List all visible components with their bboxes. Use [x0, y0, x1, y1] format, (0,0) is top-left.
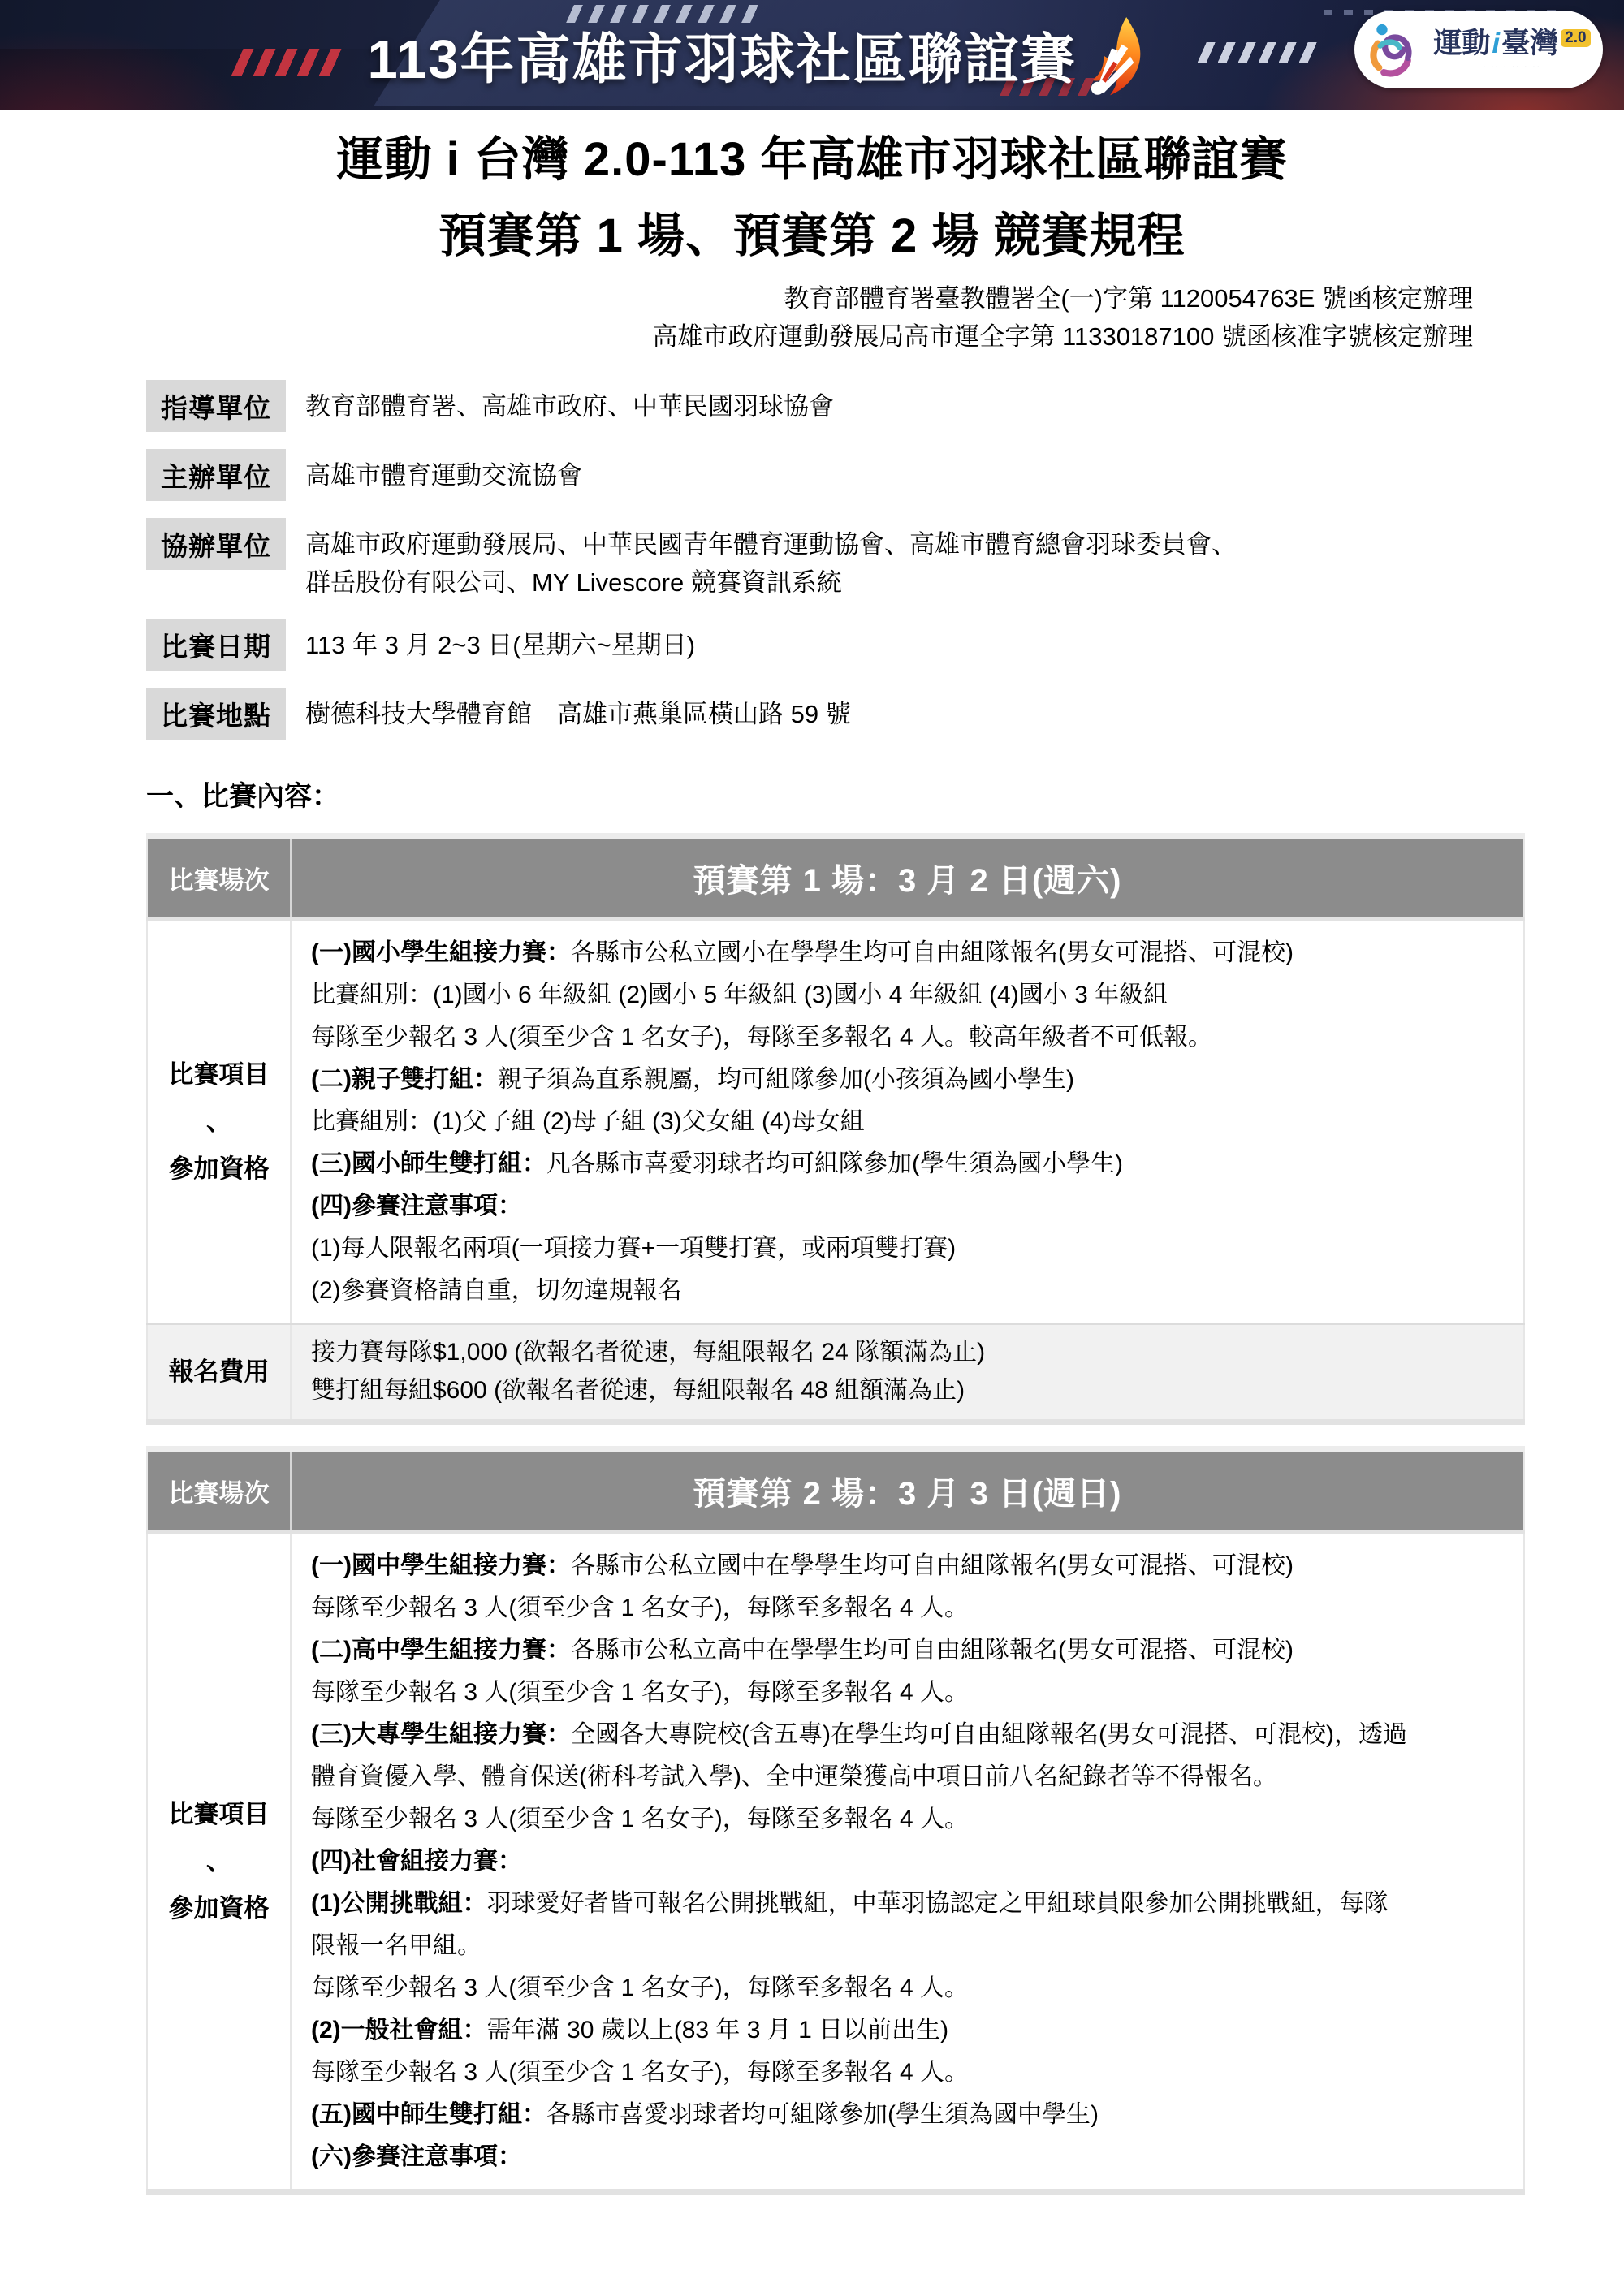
info-row-organizer: 主辦單位 高雄市體育運動交流協會 [146, 449, 1624, 501]
match-2-table: 比賽場次 預賽第 2 場：3 月 3 日(週日) 比賽項目、參加資格 (一)國中… [146, 1446, 1525, 2195]
document-title-line1: 運動 i 台灣 2.0-113 年高雄市羽球社區聯誼賽 [0, 122, 1624, 198]
document-title-line2: 預賽第 1 場、預賽第 2 場 競賽規程 [0, 198, 1624, 274]
document-header: 運動 i 台灣 2.0-113 年高雄市羽球社區聯誼賽 預賽第 1 場、預賽第 … [0, 110, 1624, 356]
match-1-header-col2: 預賽第 1 場：3 月 2 日(週六) [291, 836, 1524, 920]
match-2-events-row: 比賽項目、參加資格 (一)國中學生組接力賽：各縣市公私立國中在學學生均可自由組隊… [147, 1532, 1524, 2192]
logo-tagline-decoration: · ·· · ·· · ·· [1431, 63, 1593, 71]
info-value-organizer: 高雄市體育運動交流協會 [305, 449, 582, 501]
info-section: 指導單位 教育部體育署、高雄市政府、中華民國羽球協會 主辦單位 高雄市體育運動交… [0, 356, 1624, 740]
logo-word-i: i [1490, 28, 1501, 59]
sport-i-taiwan-logo: 運動i臺灣2.0 · ·· · ·· · ·· [1354, 11, 1603, 88]
label-chip-venue: 比賽地點 [146, 688, 286, 740]
flaming-shuttlecock-icon [1086, 14, 1147, 100]
label-chip-organizer: 主辦單位 [146, 449, 286, 501]
banner-title-group: 113年高雄市羽球社區聯誼賽 [0, 0, 1567, 110]
label-chip-coorganizer: 協辦單位 [146, 518, 286, 570]
info-row-guidance: 指導單位 教育部體育署、高雄市政府、中華民國羽球協會 [146, 380, 1624, 432]
banner-title: 113年高雄市羽球社區聯誼賽 [367, 16, 1076, 94]
document-page: 113年高雄市羽球社區聯誼賽 [0, 0, 1624, 2296]
match-2-events-content: (一)國中學生組接力賽：各縣市公私立國中在學學生均可自由組隊報名(男女可混搭、可… [291, 1532, 1524, 2192]
match-1-events-label: 比賽項目、參加資格 [147, 919, 291, 1324]
match-2-events-label: 比賽項目、參加資格 [147, 1532, 291, 2192]
match-1-events-content: (一)國小學生組接力賽：各縣市公私立國小在學學生均可自由組隊報名(男女可混搭、可… [291, 919, 1524, 1324]
info-value-date: 113 年 3 月 2~3 日(星期六~星期日) [305, 619, 695, 671]
logo-text-group: 運動i臺灣2.0 · ·· · ·· · ·· [1431, 28, 1593, 71]
label-chip-guidance: 指導單位 [146, 380, 286, 432]
approval-notes: 教育部體育署臺教體署全(一)字第 1120054763E 號函核定辦理 高雄市政… [0, 279, 1624, 356]
info-value-guidance: 教育部體育署、高雄市政府、中華民國羽球協會 [305, 380, 834, 432]
tagline-rule-left [1431, 67, 1478, 67]
match-1-header-col1: 比賽場次 [147, 836, 291, 920]
tagline-text: · ·· · ·· · ·· [1483, 63, 1541, 71]
match-2-header-col1: 比賽場次 [147, 1449, 291, 1533]
logo-version-badge: 2.0 [1561, 29, 1590, 47]
match-1-header-row: 比賽場次 預賽第 1 場：3 月 2 日(週六) [147, 836, 1524, 920]
match-1-fee-row: 報名費用 接力賽每隊$1,000 (欲報名者從速，每組限報名 24 隊額滿為止)… [147, 1324, 1524, 1422]
match-1-fee-label: 報名費用 [147, 1324, 291, 1422]
match-1-fee-content: 接力賽每隊$1,000 (欲報名者從速，每組限報名 24 隊額滿為止)雙打組每組… [291, 1324, 1524, 1422]
section-heading: 一、比賽內容： [146, 774, 1624, 814]
logo-wordmark: 運動i臺灣2.0 [1433, 28, 1590, 59]
match-2-header-row: 比賽場次 預賽第 2 場：3 月 3 日(週日) [147, 1449, 1524, 1533]
approval-note-2: 高雄市政府運動發展局高市運全字第 11330187100 號函核准字號核定辦理 [0, 317, 1473, 356]
match-1-events-row: 比賽項目、參加資格 (一)國小學生組接力賽：各縣市公私立國小在學學生均可自由組隊… [147, 919, 1524, 1324]
logo-ribbon-icon [1366, 19, 1426, 80]
approval-note-1: 教育部體育署臺教體署全(一)字第 1120054763E 號函核定辦理 [0, 279, 1473, 317]
match-2-header-col2: 預賽第 2 場：3 月 3 日(週日) [291, 1449, 1524, 1533]
info-row-coorganizer: 協辦單位 高雄市政府運動發展局、中華民國青年體育運動協會、高雄市體育總會羽球委員… [146, 518, 1624, 602]
match-1-table: 比賽場次 預賽第 1 場：3 月 2 日(週六) 比賽項目、參加資格 (一)國小… [146, 833, 1525, 1425]
logo-word-2: 臺灣 [1501, 28, 1558, 59]
info-row-date: 比賽日期 113 年 3 月 2~3 日(星期六~星期日) [146, 619, 1624, 671]
tagline-rule-right [1546, 67, 1593, 67]
info-row-venue: 比賽地點 樹德科技大學體育館 高雄市燕巢區橫山路 59 號 [146, 688, 1624, 740]
info-value-coorganizer: 高雄市政府運動發展局、中華民國青年體育運動協會、高雄市體育總會羽球委員會、群岳股… [305, 518, 1237, 602]
info-value-venue: 樹德科技大學體育館 高雄市燕巢區橫山路 59 號 [305, 688, 851, 740]
label-chip-date: 比賽日期 [146, 619, 286, 671]
event-banner: 113年高雄市羽球社區聯誼賽 [0, 0, 1624, 110]
logo-word-1: 運動 [1433, 28, 1490, 59]
